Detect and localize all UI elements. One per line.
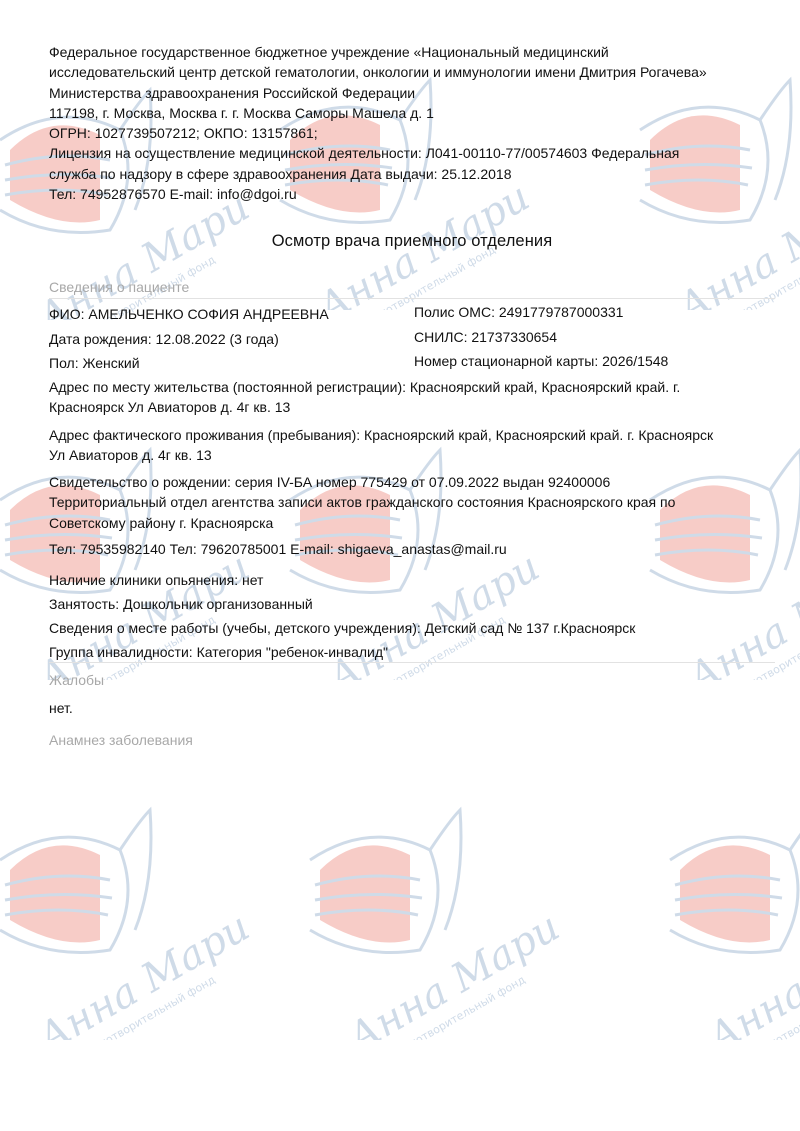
patient-policy: Полис ОМС: 2491779787000331 [414, 304, 623, 320]
patient-fio: ФИО: АМЕЛЬЧЕНКО СОФИЯ АНДРЕЕВНА [49, 304, 329, 324]
workplace: Сведения о месте работы (учебы, детского… [49, 618, 635, 638]
org-license: служба по надзору в сфере здравоохранени… [49, 164, 707, 184]
actual-address: Адрес фактического проживания (пребывани… [49, 425, 713, 466]
svg-text:Анна Мария: Анна Мария [698, 891, 800, 1040]
intoxication-status: Наличие клиники опьянения: нет [49, 570, 263, 590]
patient-snils: СНИЛС: 21737330654 [414, 329, 557, 345]
svg-text:благотворительный фонд: благотворительный фонд [360, 243, 498, 310]
svg-text:благотворительный фонд: благотворительный фонд [80, 973, 218, 1040]
section-divider [49, 662, 775, 663]
complaints-section-heading: Жалобы [49, 672, 104, 688]
watermark-logo-icon: Анна Мария благотворительный фонд [0, 800, 250, 1040]
svg-text:благотворительный фонд: благотворительный фонд [390, 973, 528, 1040]
birth-certificate: Свидетельство о рождении: серия IV-БА но… [49, 472, 675, 533]
patient-birth-date: Дата рождения: 12.08.2022 (3 года) [49, 329, 279, 349]
svg-text:благотворительный фонд: благотворительный фонд [730, 613, 800, 680]
svg-text:благотворительный фонд: благотворительный фонд [720, 243, 800, 310]
actual-address-line: Ул Авиаторов д. 4г кв. 13 [49, 445, 713, 465]
org-line: Министерства здравоохранения Российской … [49, 83, 707, 103]
svg-text:Анна Мария: Анна Мария [28, 891, 250, 1040]
document-title: Осмотр врача приемного отделения [49, 232, 775, 251]
svg-text:благотворительный фонд: благотворительный фонд [750, 973, 800, 1040]
registration-address: Адрес по месту жительства (постоянной ре… [49, 377, 680, 418]
section-divider [49, 298, 775, 299]
watermark-logo-icon: Анна Мария благотворительный фонд [660, 800, 800, 1040]
patient-section-heading: Сведения о пациенте [49, 279, 189, 295]
patient-contacts: Тел: 79535982140 Тел: 79620785001 E-mail… [49, 539, 507, 559]
actual-address-line: Адрес фактического проживания (пребывани… [49, 425, 713, 445]
patient-sex: Пол: Женский [49, 353, 140, 373]
registration-address-line: Красноярск Ул Авиаторов д. 4г кв. 13 [49, 397, 680, 417]
org-license: Лицензия на осуществление медицинской де… [49, 143, 707, 163]
birth-certificate-line: Территориальный отдел агентства записи а… [49, 492, 675, 512]
org-line: исследовательский центр детской гематоло… [49, 62, 707, 82]
org-registry-codes: ОГРН: 1027739507212; ОКПО: 13157861; [49, 123, 707, 143]
patient-card-number: Номер стационарной карты: 2026/1548 [414, 353, 668, 369]
anamnesis-section-heading: Анамнез заболевания [49, 732, 193, 748]
svg-text:Анна Мария: Анна Мария [338, 891, 560, 1040]
svg-text:Анна Мария: Анна Мария [678, 531, 800, 680]
complaints-text: нет. [49, 698, 73, 718]
organization-header: Федеральное государственное бюджетное уч… [49, 42, 707, 204]
org-contacts: Тел: 74952876570 E-mail: info@dgoi.ru [49, 184, 707, 204]
org-line: Федеральное государственное бюджетное уч… [49, 42, 707, 62]
watermark-logo-icon: Анна Мария благотворительный фонд [300, 800, 560, 1040]
org-address: 117198, г. Москва, Москва г. г. Москва С… [49, 103, 707, 123]
registration-address-line: Адрес по месту жительства (постоянной ре… [49, 377, 680, 397]
disability-group: Группа инвалидности: Категория "ребенок-… [49, 642, 388, 662]
birth-certificate-line: Свидетельство о рождении: серия IV-БА но… [49, 472, 675, 492]
birth-certificate-line: Советскому району г. Красноярска [49, 513, 675, 533]
occupation: Занятость: Дошкольник организованный [49, 594, 313, 614]
